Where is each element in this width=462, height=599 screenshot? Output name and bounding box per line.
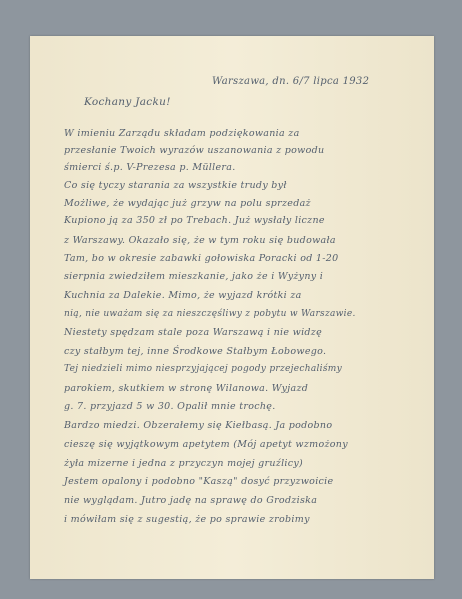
letter-line: Co się tyczy starania za wszystkie trudy… bbox=[64, 180, 287, 191]
letter-line: śmierci ś.p. V-Prezesa p. Müllera. bbox=[64, 162, 236, 173]
letter-line: i mówiłam się z sugestią, że po sprawie … bbox=[64, 514, 310, 525]
letter-line: parokiem, skutkiem w stronę Wilanowa. Wy… bbox=[64, 383, 308, 394]
letter-line: przesłanie Twoich wyrazów uszanowania z … bbox=[64, 145, 324, 156]
letter-line: nie wyglądam. Jutro jadę na sprawę do Gr… bbox=[64, 495, 317, 506]
letter-line: Niestety spędzam stale poza Warszawą i n… bbox=[64, 327, 322, 338]
letter-line: żyła mizerne i jedna z przyczyn mojej gr… bbox=[64, 458, 303, 469]
letter-line: W imieniu Zarządu składam podziękowania … bbox=[64, 128, 300, 139]
letter-line: Możliwe, że wydając już grzyw na polu sp… bbox=[64, 198, 311, 209]
letter-line: Kuchnia za Dalekie. Mimo, że wyjazd krót… bbox=[64, 290, 302, 301]
letter-line: Jestem opalony i podobno "Kaszą" dosyć p… bbox=[64, 476, 333, 487]
letter-line: Bardzo miedzi. Obzerałemy się Kiełbasą. … bbox=[64, 420, 332, 431]
letter-line: Kupiono ją za 350 zł po Trebach. Już wys… bbox=[64, 215, 325, 226]
salutation: Kochany Jacku! bbox=[84, 96, 171, 108]
letter-line: g. 7. przyjazd 5 w 30. Opalił mnie troch… bbox=[64, 401, 276, 412]
date-line: Warszawa, dn. 6/7 lipca 1932 bbox=[212, 76, 369, 87]
letter-line: czy stałbym tej, inne Środkowe Stałbym Ł… bbox=[64, 346, 326, 357]
letter-line: z Warszawy. Okazało się, że w tym roku s… bbox=[64, 235, 336, 246]
letter-line: sierpnia zwiedziłem mieszkanie, jako że … bbox=[64, 271, 323, 282]
letter-line: Tej niedzieli mimo niesprzyjającej pogod… bbox=[64, 364, 342, 374]
letter-line: nią, nie uważam się za nieszczęśliwy z p… bbox=[64, 309, 356, 319]
letter-line: Tam, bo w okresie zabawki gołowiska Pora… bbox=[64, 253, 338, 264]
letter-line: cieszę się wyjątkowym apetytem (Mój apet… bbox=[64, 439, 348, 450]
